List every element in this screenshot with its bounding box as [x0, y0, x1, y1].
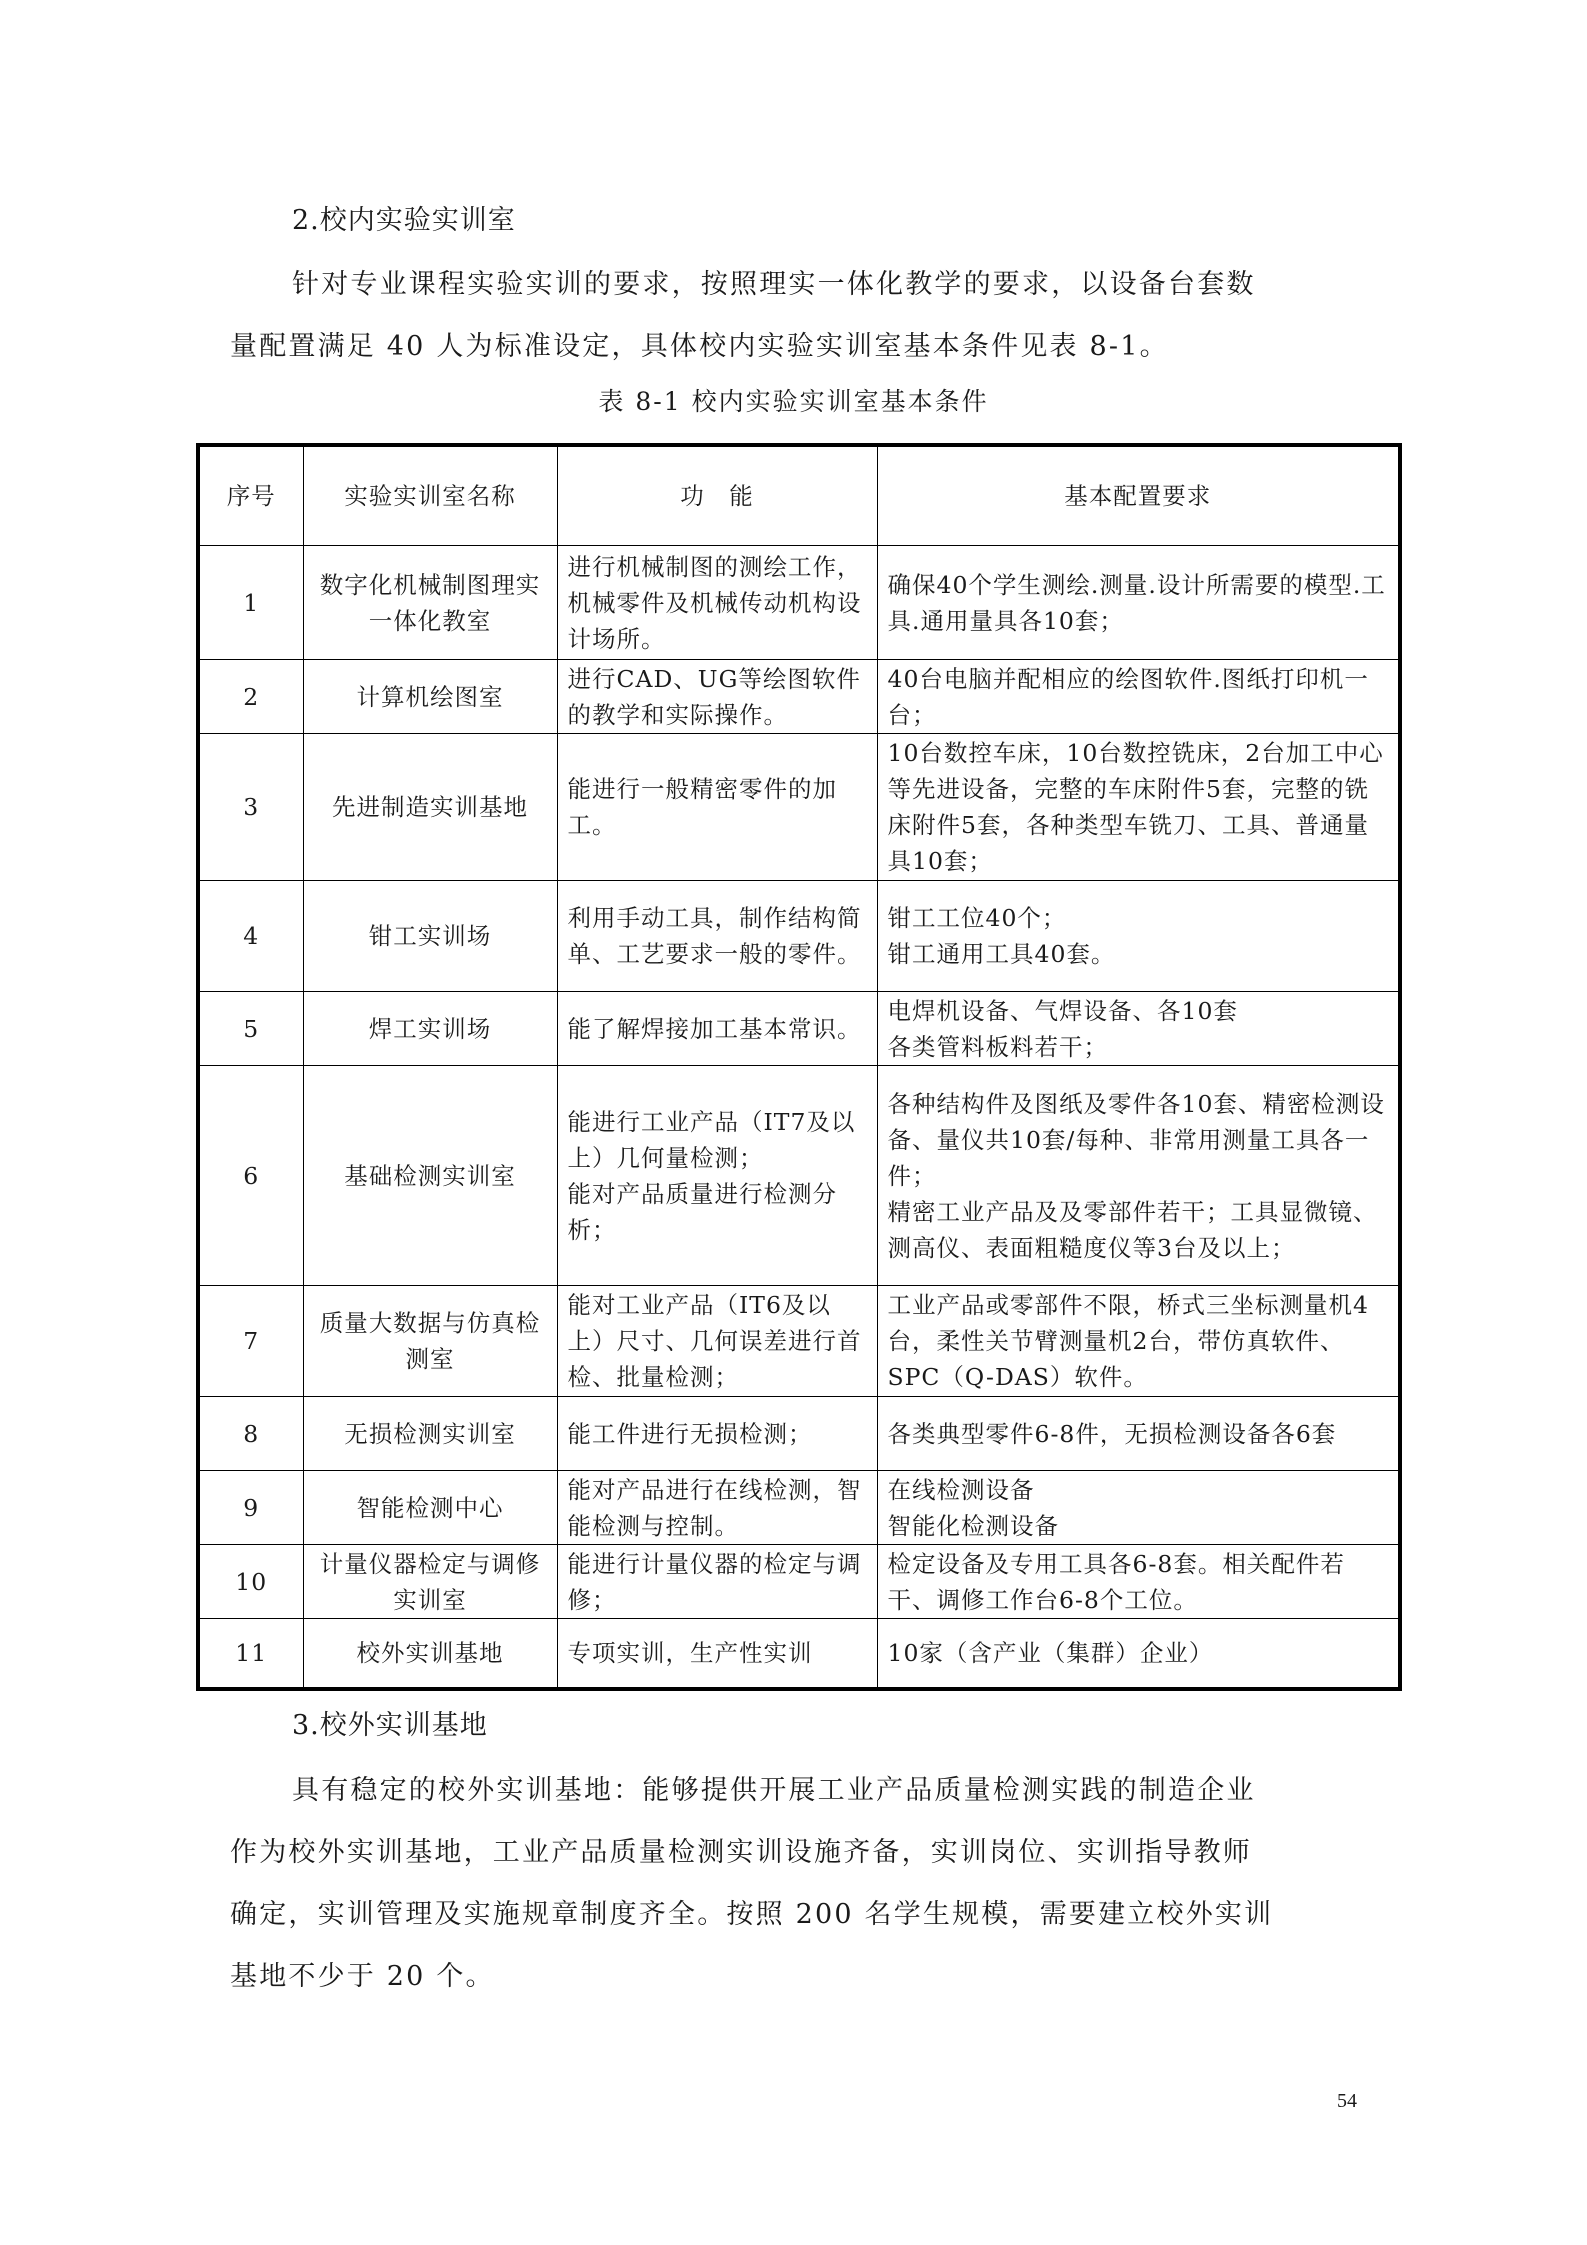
table-row: 3先进制造实训基地能进行一般精密零件的加工。10台数控车床，10台数控铣床，2台… — [198, 734, 1400, 881]
table-row: 2计算机绘图室进行CAD、UG等绘图软件的教学和实际操作。40台电脑并配相应的绘… — [198, 660, 1400, 734]
table-row: 7质量大数据与仿真检测室能对工业产品（IT6及以上）尺寸、几何误差进行首检、批量… — [198, 1286, 1400, 1397]
cell-name: 数字化机械制图理实一体化教室 — [303, 546, 557, 660]
table-row: 5焊工实训场能了解焊接加工基本常识。电焊机设备、气焊设备、各10套 各类管料板料… — [198, 992, 1400, 1066]
cell-no: 2 — [198, 660, 303, 734]
cell-function: 能进行工业产品（IT7及以上）几何量检测； 能对产品质量进行检测分析； — [557, 1066, 877, 1286]
cell-no: 5 — [198, 992, 303, 1066]
cell-no: 10 — [198, 1545, 303, 1619]
table-caption: 表 8-1 校内实验实训室基本条件 — [0, 382, 1587, 418]
cell-name: 钳工实训场 — [303, 881, 557, 992]
section-heading-3: 3.校外实训基地 — [292, 1703, 488, 1742]
cell-name: 校外实训基地 — [303, 1619, 557, 1689]
cell-name: 无损检测实训室 — [303, 1397, 557, 1471]
section3-paragraph-line3: 确定，实训管理及实施规章制度齐全。按照 200 名学生规模，需要建立校外实训 — [230, 1884, 1273, 1946]
header-function: 功 能 — [557, 445, 877, 546]
cell-function: 能对工业产品（IT6及以上）尺寸、几何误差进行首检、批量检测； — [557, 1286, 877, 1397]
cell-function: 能进行计量仪器的检定与调修； — [557, 1545, 877, 1619]
cell-name: 质量大数据与仿真检测室 — [303, 1286, 557, 1397]
cell-function: 专项实训，生产性实训 — [557, 1619, 877, 1689]
header-name: 实验实训室名称 — [303, 445, 557, 546]
section2-paragraph-line1: 针对专业课程实验实训的要求，按照理实一体化教学的要求，以设备台套数 — [292, 254, 1256, 316]
cell-no: 6 — [198, 1066, 303, 1286]
cell-name: 计算机绘图室 — [303, 660, 557, 734]
table-row: 6基础检测实训室能进行工业产品（IT7及以上）几何量检测； 能对产品质量进行检测… — [198, 1066, 1400, 1286]
cell-config: 确保40个学生测绘.测量.设计所需要的模型.工具.通用量具各10套； — [877, 546, 1400, 660]
table-header-row: 序号 实验实训室名称 功 能 基本配置要求 — [198, 445, 1400, 546]
cell-function: 能了解焊接加工基本常识。 — [557, 992, 877, 1066]
table-row: 10计量仪器检定与调修实训室能进行计量仪器的检定与调修；检定设备及专用工具各6-… — [198, 1545, 1400, 1619]
cell-function: 进行CAD、UG等绘图软件的教学和实际操作。 — [557, 660, 877, 734]
cell-config: 各类典型零件6-8件，无损检测设备各6套 — [877, 1397, 1400, 1471]
table-row: 11校外实训基地专项实训，生产性实训10家（含产业（集群）企业） — [198, 1619, 1400, 1689]
header-config: 基本配置要求 — [877, 445, 1400, 546]
page-number: 54 — [1337, 2090, 1357, 2113]
section2-paragraph-line2: 量配置满足 40 人为标准设定，具体校内实验实训室基本条件见表 8-1。 — [230, 316, 1169, 378]
cell-no: 7 — [198, 1286, 303, 1397]
table-row: 1数字化机械制图理实一体化教室进行机械制图的测绘工作，机械零件及机械传动机构设计… — [198, 546, 1400, 660]
cell-config: 电焊机设备、气焊设备、各10套 各类管料板料若干； — [877, 992, 1400, 1066]
cell-function: 能对产品进行在线检测，智能检测与控制。 — [557, 1471, 877, 1545]
section3-paragraph-line1: 具有稳定的校外实训基地：能够提供开展工业产品质量检测实践的制造企业 — [292, 1760, 1256, 1822]
cell-function: 能进行一般精密零件的加工。 — [557, 734, 877, 881]
cell-config: 40台电脑并配相应的绘图软件.图纸打印机一台； — [877, 660, 1400, 734]
cell-config: 10家（含产业（集群）企业） — [877, 1619, 1400, 1689]
cell-function: 能工件进行无损检测； — [557, 1397, 877, 1471]
cell-config: 10台数控车床，10台数控铣床，2台加工中心等先进设备，完整的车床附件5套，完整… — [877, 734, 1400, 881]
cell-name: 基础检测实训室 — [303, 1066, 557, 1286]
table-row: 9智能检测中心能对产品进行在线检测，智能检测与控制。在线检测设备 智能化检测设备 — [198, 1471, 1400, 1545]
cell-name: 焊工实训场 — [303, 992, 557, 1066]
cell-no: 3 — [198, 734, 303, 881]
cell-config: 在线检测设备 智能化检测设备 — [877, 1471, 1400, 1545]
table-row: 8无损检测实训室能工件进行无损检测；各类典型零件6-8件，无损检测设备各6套 — [198, 1397, 1400, 1471]
table-row: 4钳工实训场利用手动工具，制作结构简单、工艺要求一般的零件。钳工工位40个； 钳… — [198, 881, 1400, 992]
cell-config: 钳工工位40个； 钳工通用工具40套。 — [877, 881, 1400, 992]
cell-name: 智能检测中心 — [303, 1471, 557, 1545]
cell-no: 8 — [198, 1397, 303, 1471]
cell-no: 1 — [198, 546, 303, 660]
cell-function: 进行机械制图的测绘工作，机械零件及机械传动机构设计场所。 — [557, 546, 877, 660]
section3-paragraph-line2: 作为校外实训基地，工业产品质量检测实训设施齐备，实训岗位、实训指导教师 — [230, 1822, 1252, 1884]
cell-config: 各种结构件及图纸及零件各10套、精密检测设备、量仪共10套/每种、非常用测量工具… — [877, 1066, 1400, 1286]
cell-no: 11 — [198, 1619, 303, 1689]
cell-name: 先进制造实训基地 — [303, 734, 557, 881]
header-no: 序号 — [198, 445, 303, 546]
cell-function: 利用手动工具，制作结构简单、工艺要求一般的零件。 — [557, 881, 877, 992]
section3-paragraph-line4: 基地不少于 20 个。 — [230, 1946, 495, 2008]
cell-no: 4 — [198, 881, 303, 992]
cell-config: 工业产品或零部件不限，桥式三坐标测量机4台，柔性关节臂测量机2台，带仿真软件、S… — [877, 1286, 1400, 1397]
section-heading-2: 2.校内实验实训室 — [292, 198, 516, 237]
lab-conditions-table: 序号 实验实训室名称 功 能 基本配置要求 1数字化机械制图理实一体化教室进行机… — [196, 443, 1402, 1691]
cell-no: 9 — [198, 1471, 303, 1545]
cell-name: 计量仪器检定与调修实训室 — [303, 1545, 557, 1619]
cell-config: 检定设备及专用工具各6-8套。相关配件若干、调修工作台6-8个工位。 — [877, 1545, 1400, 1619]
